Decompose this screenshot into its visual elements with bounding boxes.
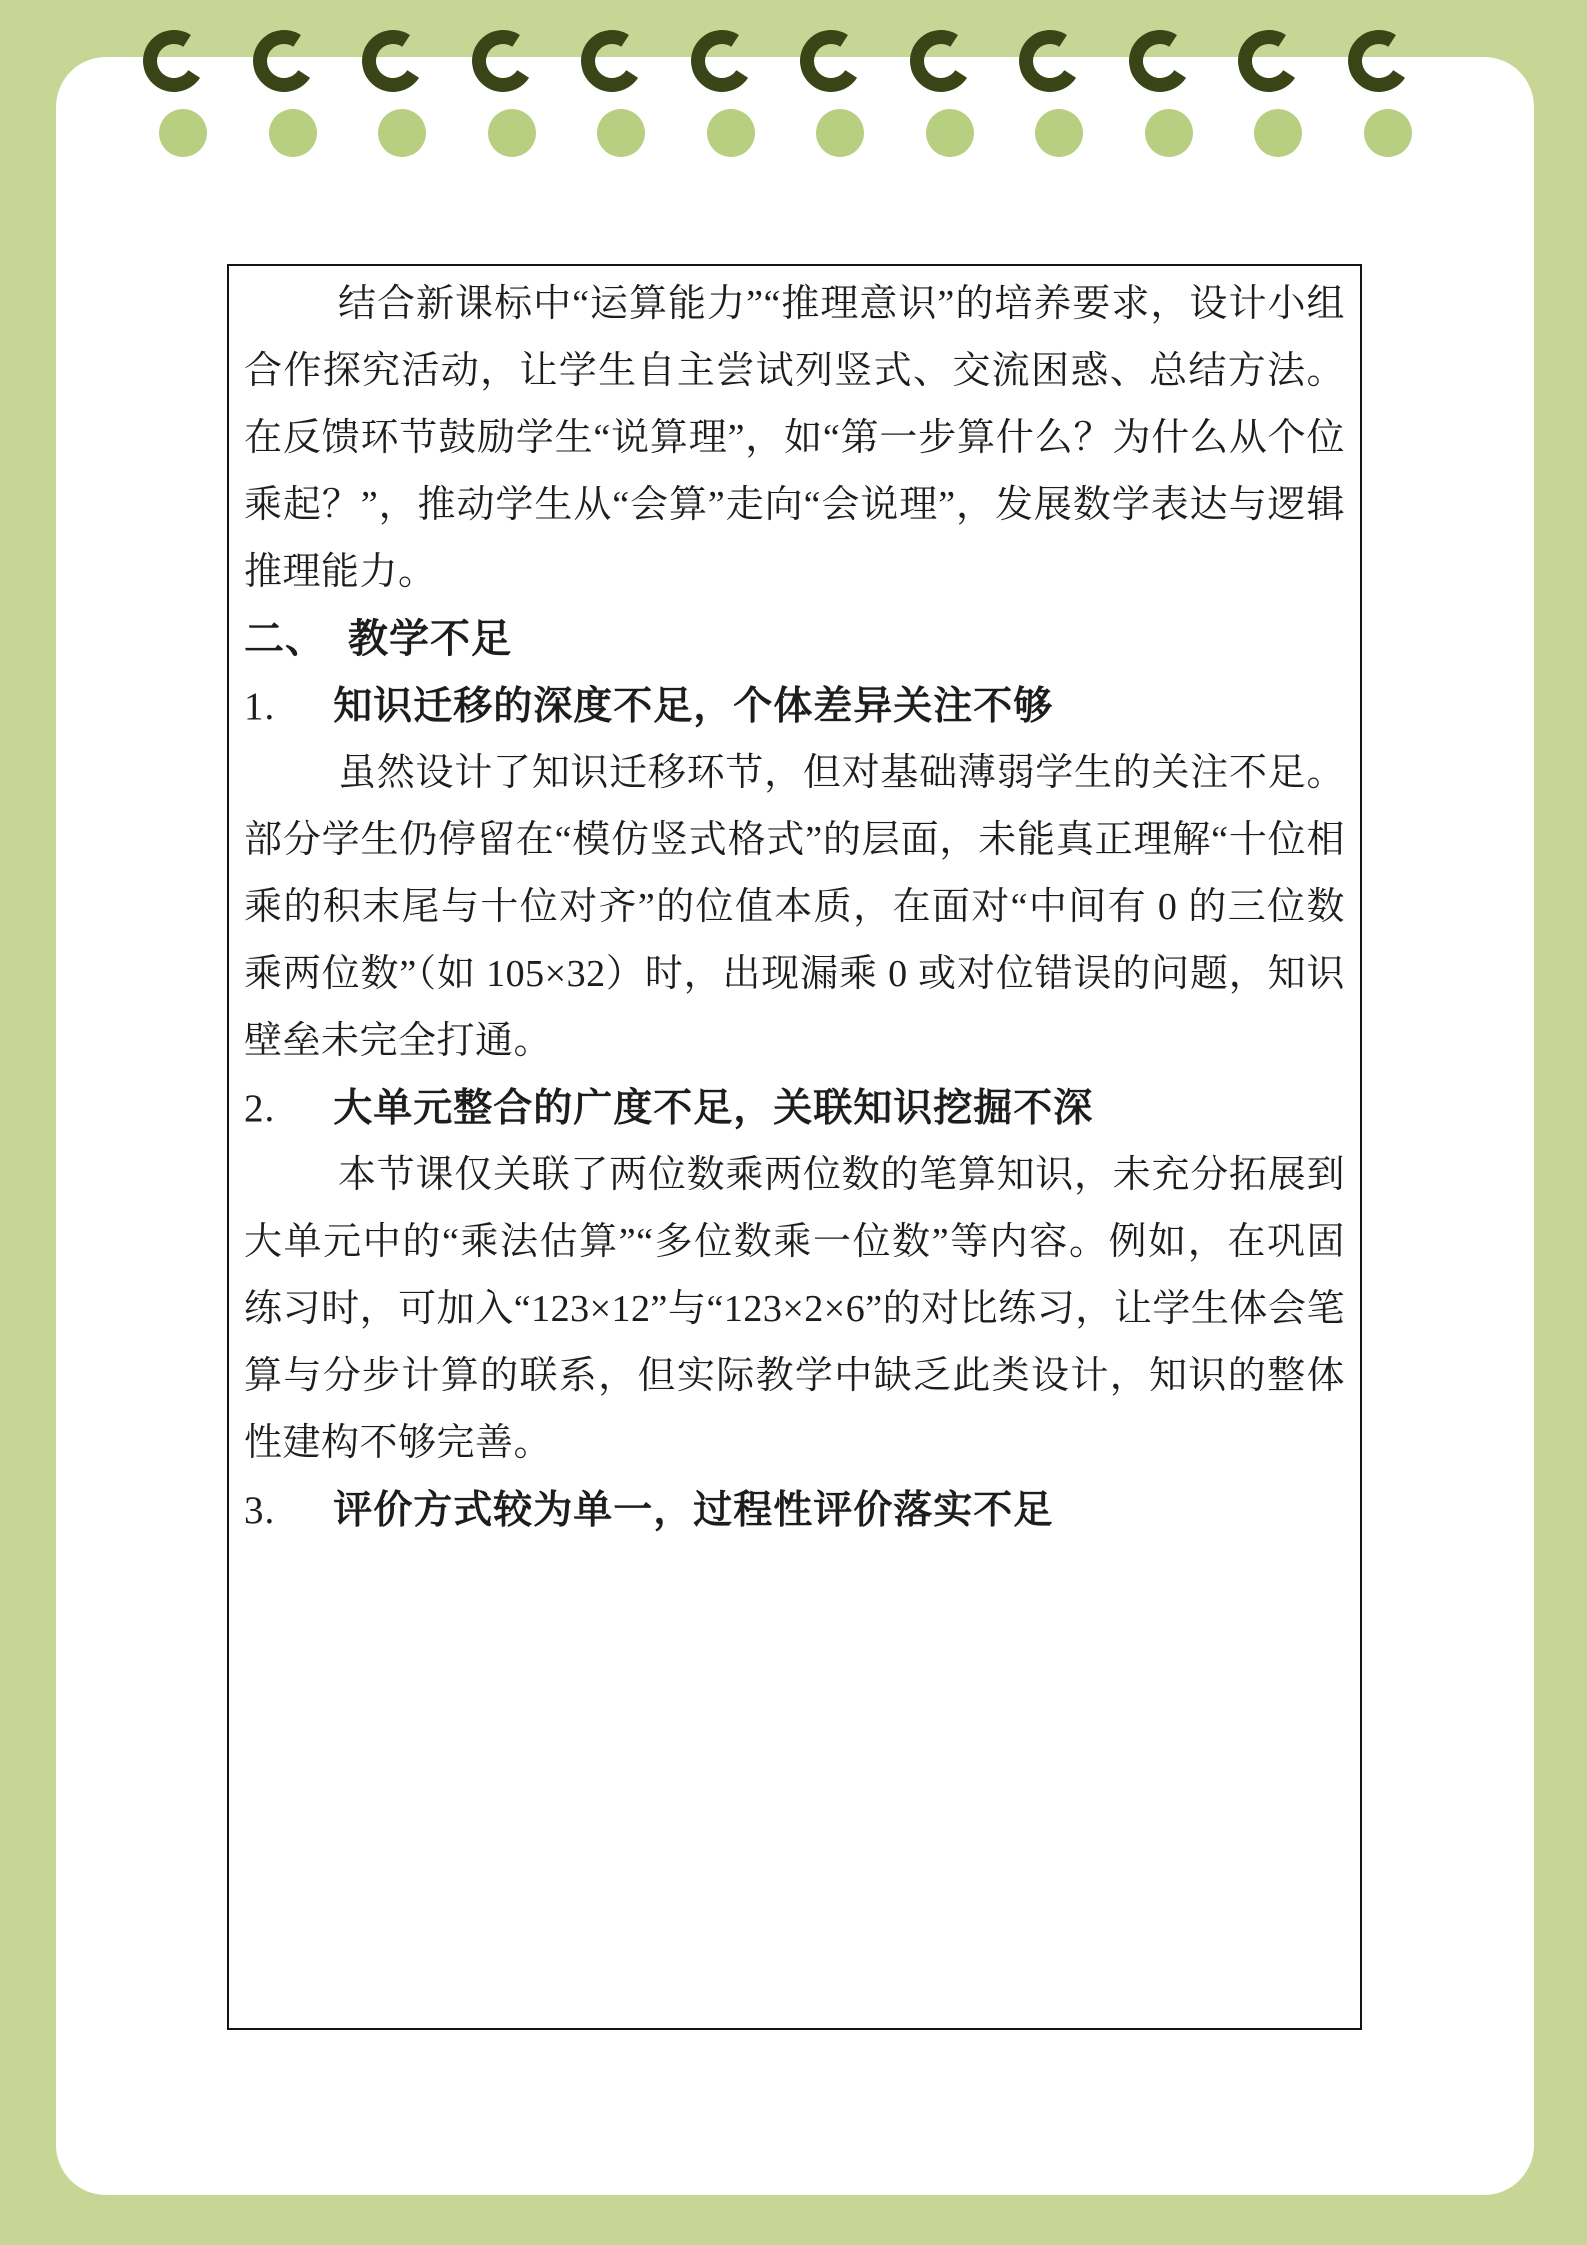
heading-marker: 1. (244, 673, 275, 740)
binder-hole (707, 109, 755, 157)
binder-ring-icon (1342, 24, 1416, 98)
numbered-subheading: 2.大单元整合的广度不足，关联知识挖掘不深 (244, 1075, 1345, 1142)
heading-marker: 3. (244, 1477, 275, 1544)
numbered-subheading: 1.知识迁移的深度不足，个体差异关注不够 (244, 673, 1345, 740)
binder-ring-icon (1232, 24, 1306, 98)
paragraph: 本节课仅关联了两位数乘两位数的笔算知识，未充分拓展到大单元中的“乘法估算”“多位… (244, 1142, 1345, 1477)
binder-hole (597, 109, 645, 157)
binder-ring-icon (1123, 24, 1197, 98)
notebook-screenshot: { "page": { "background_color": "#c7d694… (0, 0, 1587, 2245)
heading-marker: 2. (244, 1075, 275, 1142)
heading-text: 评价方式较为单一，过程性评价落实不足 (333, 1489, 1053, 1532)
binder-ring-icon (466, 24, 540, 98)
heading-text: 知识迁移的深度不足，个体差异关注不够 (333, 685, 1053, 728)
heading-text: 大单元整合的广度不足，关联知识挖掘不深 (333, 1087, 1093, 1130)
binder-hole (1254, 109, 1302, 157)
binder-ring-icon (575, 24, 649, 98)
binder-ring-icon (685, 24, 759, 98)
numbered-subheading: 3.评价方式较为单一，过程性评价落实不足 (244, 1477, 1345, 1544)
binder-hole (378, 109, 426, 157)
content-frame: 结合新课标中“运算能力”“推理意识”的培养要求，设计小组合作探究活动，让学生自主… (227, 264, 1362, 2030)
binder-hole (1364, 109, 1412, 157)
binder-ring-icon (247, 24, 321, 98)
binder-hole (159, 109, 207, 157)
paragraph: 虽然设计了知识迁移环节，但对基础薄弱学生的关注不足。部分学生仍停留在“模仿竖式格… (244, 740, 1345, 1075)
binder-hole (269, 109, 317, 157)
binder-ring-icon (794, 24, 868, 98)
paragraph: 结合新课标中“运算能力”“推理意识”的培养要求，设计小组合作探究活动，让学生自主… (244, 271, 1345, 606)
binder-hole (488, 109, 536, 157)
heading-marker: 二、 (244, 606, 326, 673)
section-heading: 二、教学不足 (244, 606, 1345, 673)
binder-ring-icon (1013, 24, 1087, 98)
heading-text: 教学不足 (348, 617, 512, 661)
binder-ring-icon (904, 24, 978, 98)
binder-hole (1145, 109, 1193, 157)
binder-hole (926, 109, 974, 157)
binder-hole (816, 109, 864, 157)
binder-ring-icon (137, 24, 211, 98)
document-body: 结合新课标中“运算能力”“推理意识”的培养要求，设计小组合作探究活动，让学生自主… (244, 271, 1345, 1544)
spiral-binding (0, 0, 1587, 170)
binder-hole (1035, 109, 1083, 157)
binder-ring-icon (356, 24, 430, 98)
